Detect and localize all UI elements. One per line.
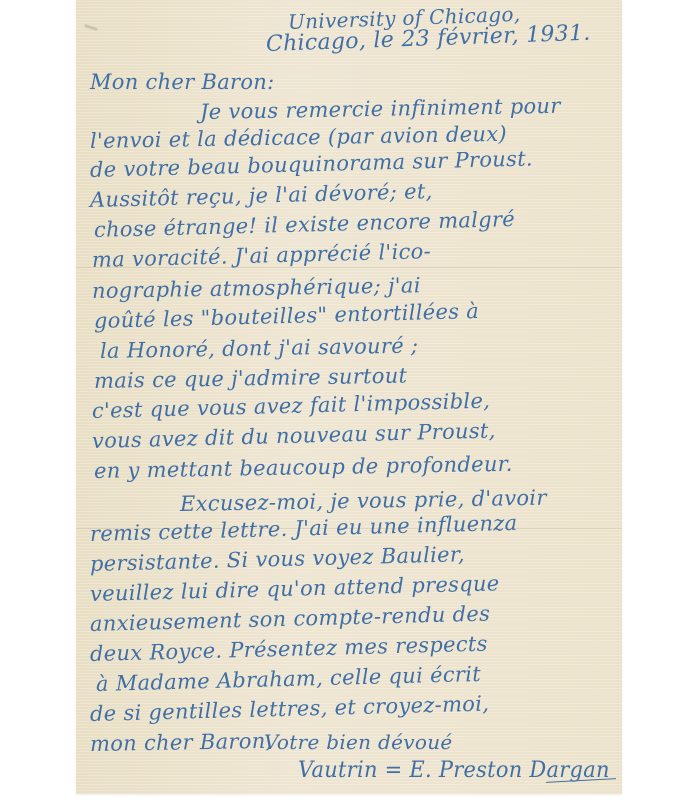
signature: Vautrin = E. Preston Dargan bbox=[298, 758, 610, 783]
body-line: nographie atmosphérique; j'ai bbox=[92, 273, 421, 303]
body-line: remis cette lettre. J'ai eu une influenz… bbox=[90, 511, 518, 546]
body-line: veuillez lui dire qu'on attend presque bbox=[90, 571, 500, 606]
body-line: mon cher Baron, bbox=[90, 729, 273, 756]
body-line: de si gentilles lettres, et croyez-moi, bbox=[90, 692, 490, 726]
body-line: deux Royce. Présentez mes respects bbox=[90, 632, 488, 666]
body-line: persistante. Si vous voyez Baulier, bbox=[90, 542, 465, 576]
paper-speck bbox=[84, 24, 98, 31]
body-line: c'est que vous avez fait l'impossible, bbox=[92, 389, 491, 423]
body-line: goûté les "bouteilles" entortillées à bbox=[94, 299, 480, 333]
letter-page: University of Chicago, Chicago, le 23 fé… bbox=[76, 0, 622, 794]
body-line: à Madame Abraham, celle qui écrit bbox=[96, 662, 482, 696]
body-line: chose étrange! il existe encore malgré bbox=[94, 207, 516, 242]
body-line: anxieusement son compte-rendu des bbox=[90, 602, 491, 636]
salutation: Mon cher Baron: bbox=[90, 70, 275, 94]
body-line: en y mettant beaucoup de profondeur. bbox=[94, 452, 513, 483]
body-line: mais ce que j'admire surtout bbox=[94, 364, 408, 393]
closing: Votre bien dévoué bbox=[264, 730, 453, 754]
body-line: Je vous remercie infiniment pour bbox=[200, 94, 561, 124]
body-line: la Honoré, dont j'ai savouré ; bbox=[100, 333, 419, 363]
body-line: Aussitôt reçu, je l'ai dévoré; et, bbox=[90, 179, 433, 212]
body-line: vous avez dit du nouveau sur Proust, bbox=[92, 418, 496, 453]
